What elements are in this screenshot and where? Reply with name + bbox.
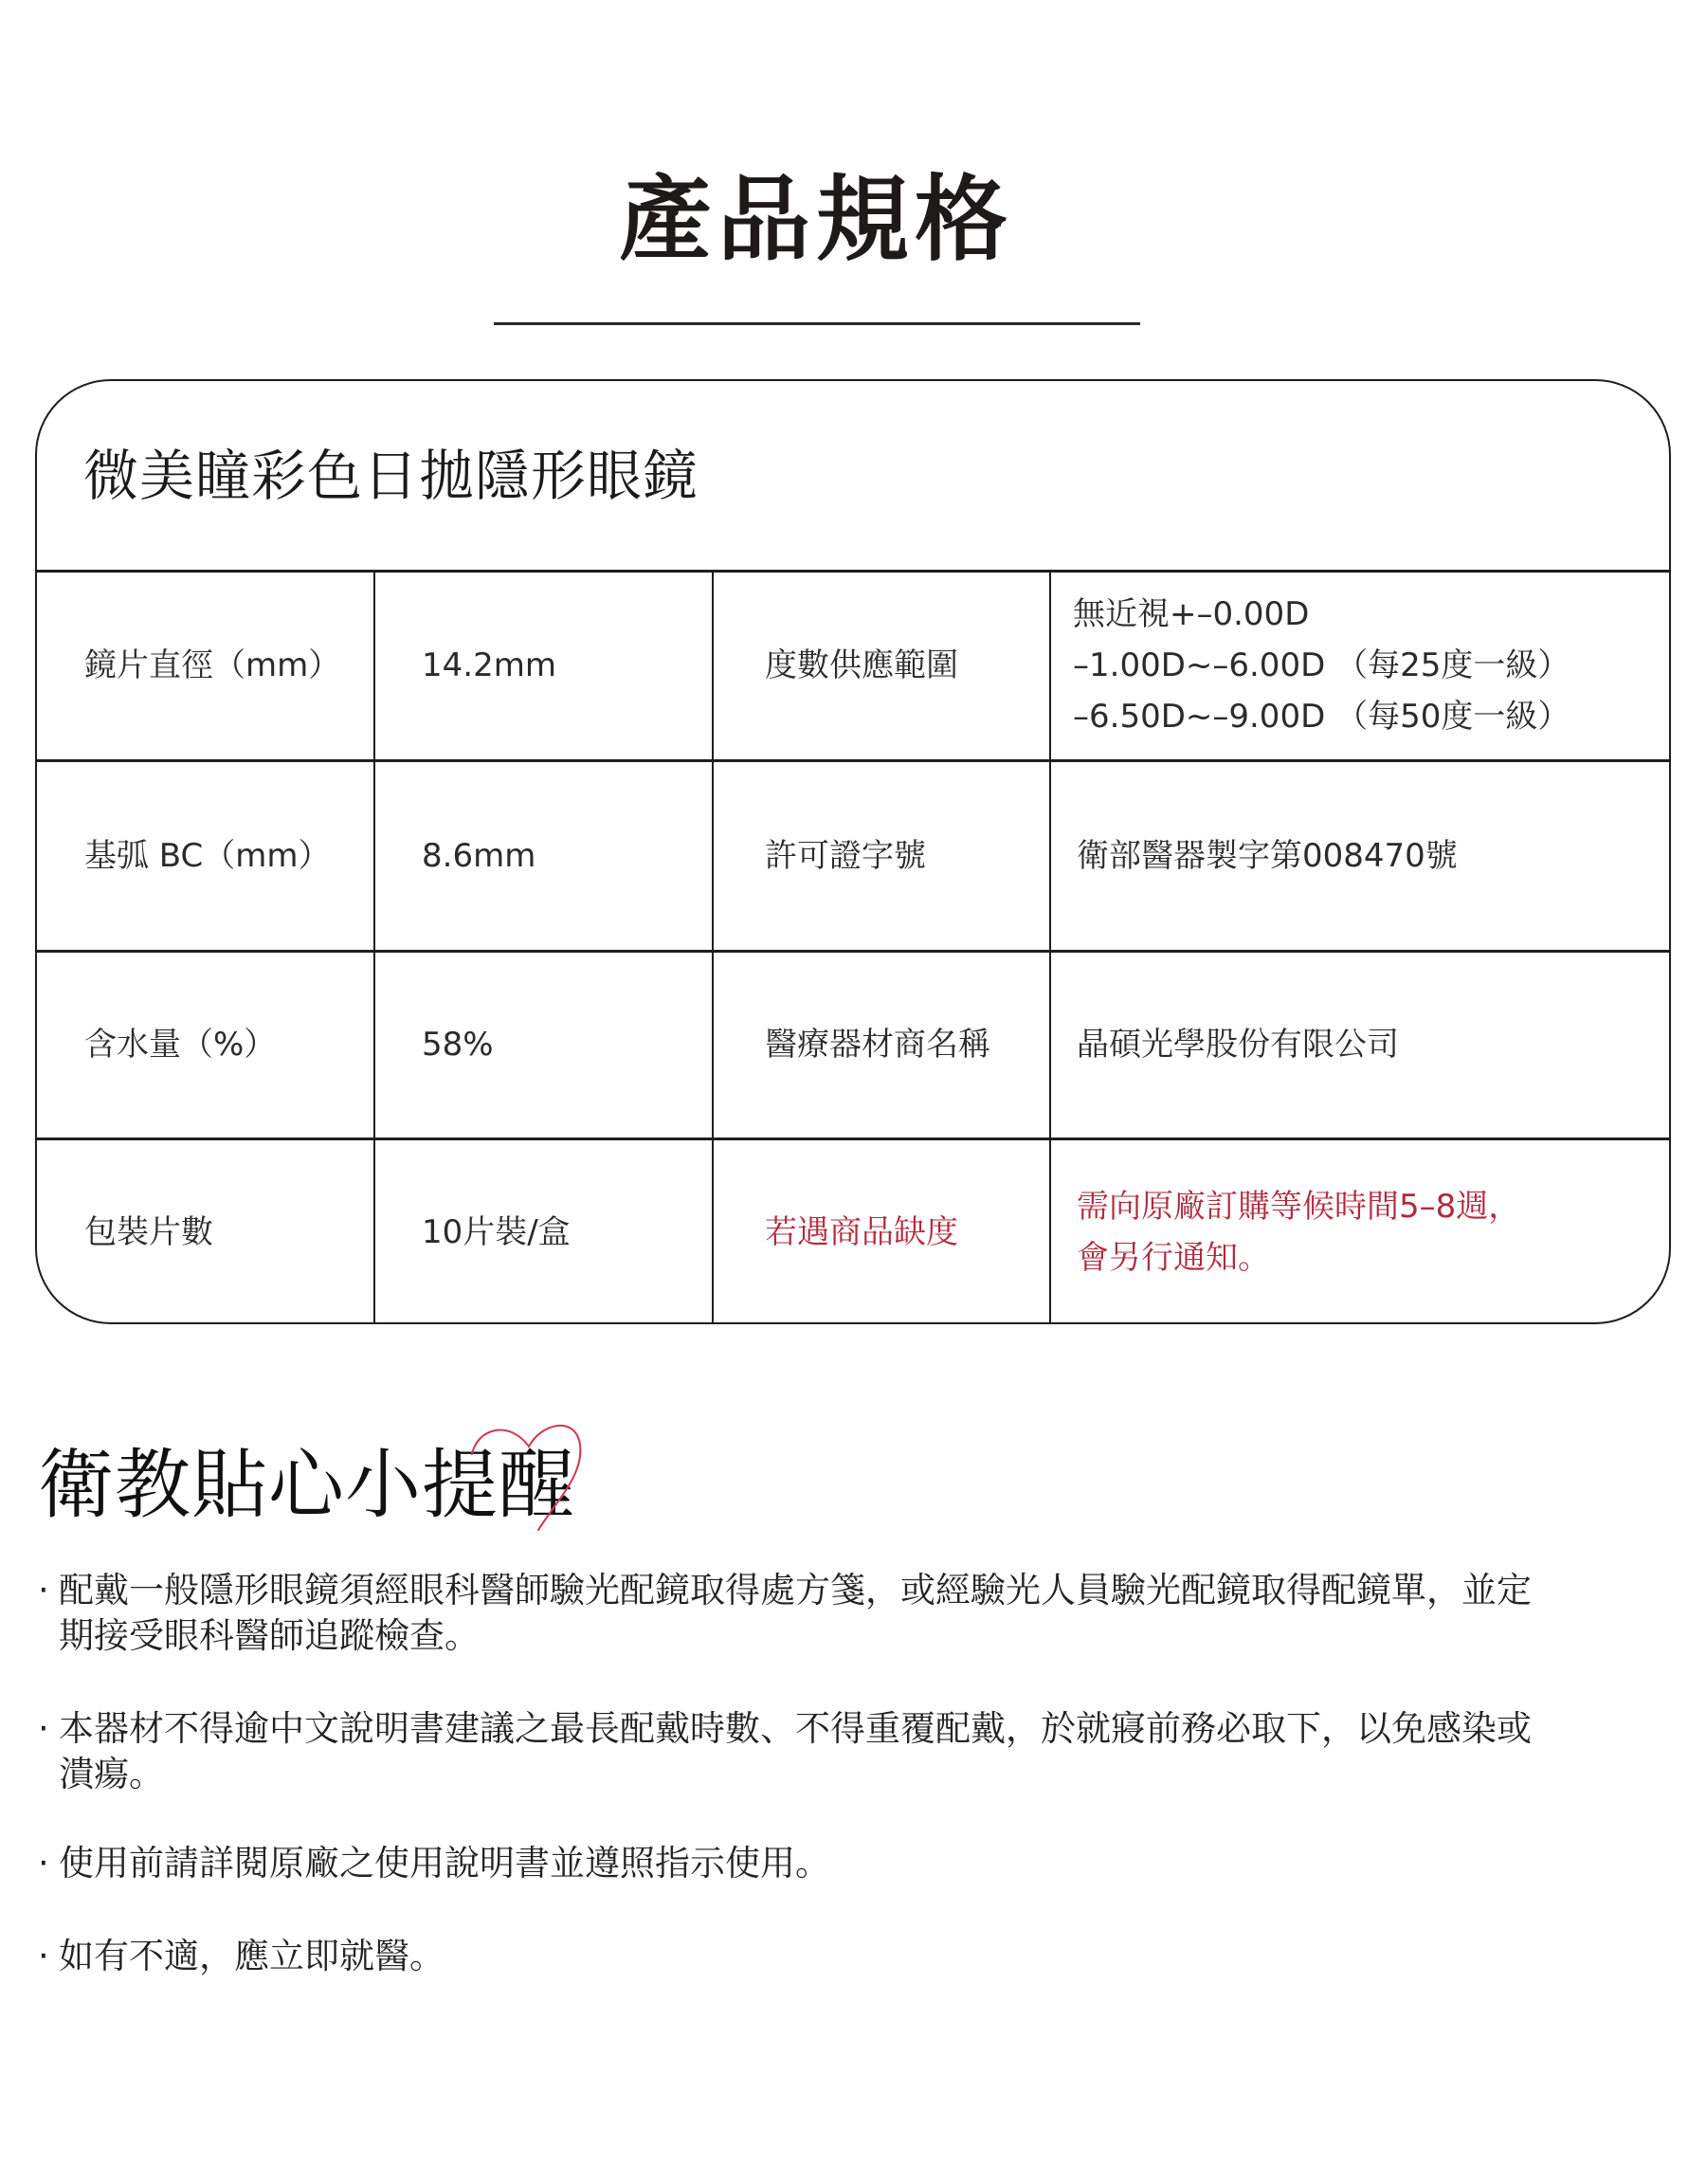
spec-label-manufacturer: 醫療器材商名稱 xyxy=(765,952,1049,1137)
power-range-line: –6.50D~–9.00D （每50度一級） xyxy=(1073,691,1570,742)
tip-item: · 本器材不得逾中文說明書建議之最長配戴時數、不得重覆配戴，於就寢前務必取下，以… xyxy=(38,1706,1668,1797)
out-of-stock-line: 會另行通知。 xyxy=(1077,1232,1520,1283)
spec-value-out-of-stock: 需向原廠訂購等候時間5–8週， 會另行通知。 xyxy=(1077,1139,1664,1324)
tip-line: 如有不適，應立即就醫。 xyxy=(59,1934,1668,1979)
spec-value-manufacturer: 晶碩光學股份有限公司 xyxy=(1077,952,1664,1137)
bullet: · xyxy=(38,1841,59,1886)
bullet: · xyxy=(38,1934,59,1979)
page-title: 產品規格 xyxy=(0,163,1632,277)
tip-line: 使用前請詳閱原廠之使用說明書並遵照指示使用。 xyxy=(59,1841,1668,1886)
power-range-line: 無近視+–0.00D xyxy=(1073,589,1570,640)
spec-value-power-range: 無近視+–0.00D –1.00D~–6.00D （每25度一級） –6.50D… xyxy=(1073,572,1661,759)
out-of-stock-line: 需向原廠訂購等候時間5–8週， xyxy=(1077,1181,1520,1232)
column-divider xyxy=(1049,571,1051,1322)
spec-value-package: 10片裝/盒 xyxy=(422,1139,706,1324)
spec-label-diameter: 鏡片直徑（mm） xyxy=(84,572,369,759)
spec-label-license: 許可證字號 xyxy=(765,761,1049,950)
spec-value-license: 衛部醫器製字第008470號 xyxy=(1077,761,1664,950)
spec-value-diameter: 14.2mm xyxy=(422,572,706,759)
column-divider xyxy=(712,571,714,1322)
spec-table-card: 微美瞳彩色日拋隱形眼鏡 鏡片直徑（mm） 14.2mm 度數供應範圍 無近視+–… xyxy=(35,379,1671,1324)
spec-label-package: 包裝片數 xyxy=(84,1139,369,1324)
tip-item: · 配戴一般隱形眼鏡須經眼科醫師驗光配鏡取得處方箋，或經驗光人員驗光配鏡取得配鏡… xyxy=(38,1568,1668,1659)
spec-label-power-range: 度數供應範圍 xyxy=(765,572,1049,759)
spec-label-out-of-stock: 若遇商品缺度 xyxy=(765,1139,1049,1324)
spec-value-base-curve: 8.6mm xyxy=(422,761,706,950)
bullet: · xyxy=(38,1706,59,1752)
tip-line: 期接受眼科醫師追蹤檢查。 xyxy=(59,1613,1668,1659)
spec-label-base-curve: 基弧 BC（mm） xyxy=(84,761,369,950)
tip-item: · 使用前請詳閱原廠之使用說明書並遵照指示使用。 xyxy=(38,1841,1668,1886)
power-range-line: –1.00D~–6.00D （每25度一級） xyxy=(1073,640,1570,691)
title-underline xyxy=(494,322,1140,325)
spec-label-water-content: 含水量（%） xyxy=(84,952,369,1137)
heart-outline-icon xyxy=(455,1412,597,1536)
bullet: · xyxy=(38,1568,59,1613)
tip-line: 本器材不得逾中文說明書建議之最長配戴時數、不得重覆配戴，於就寢前務必取下，以免感… xyxy=(59,1706,1668,1752)
spec-value-water-content: 58% xyxy=(422,952,706,1137)
tip-item: · 如有不適，應立即就醫。 xyxy=(38,1934,1668,1979)
tip-line: 潰瘍。 xyxy=(59,1752,1668,1797)
product-name: 微美瞳彩色日拋隱形眼鏡 xyxy=(83,442,699,510)
column-divider xyxy=(373,571,375,1322)
tip-line: 配戴一般隱形眼鏡須經眼科醫師驗光配鏡取得處方箋，或經驗光人員驗光配鏡取得配鏡單，… xyxy=(59,1568,1668,1613)
